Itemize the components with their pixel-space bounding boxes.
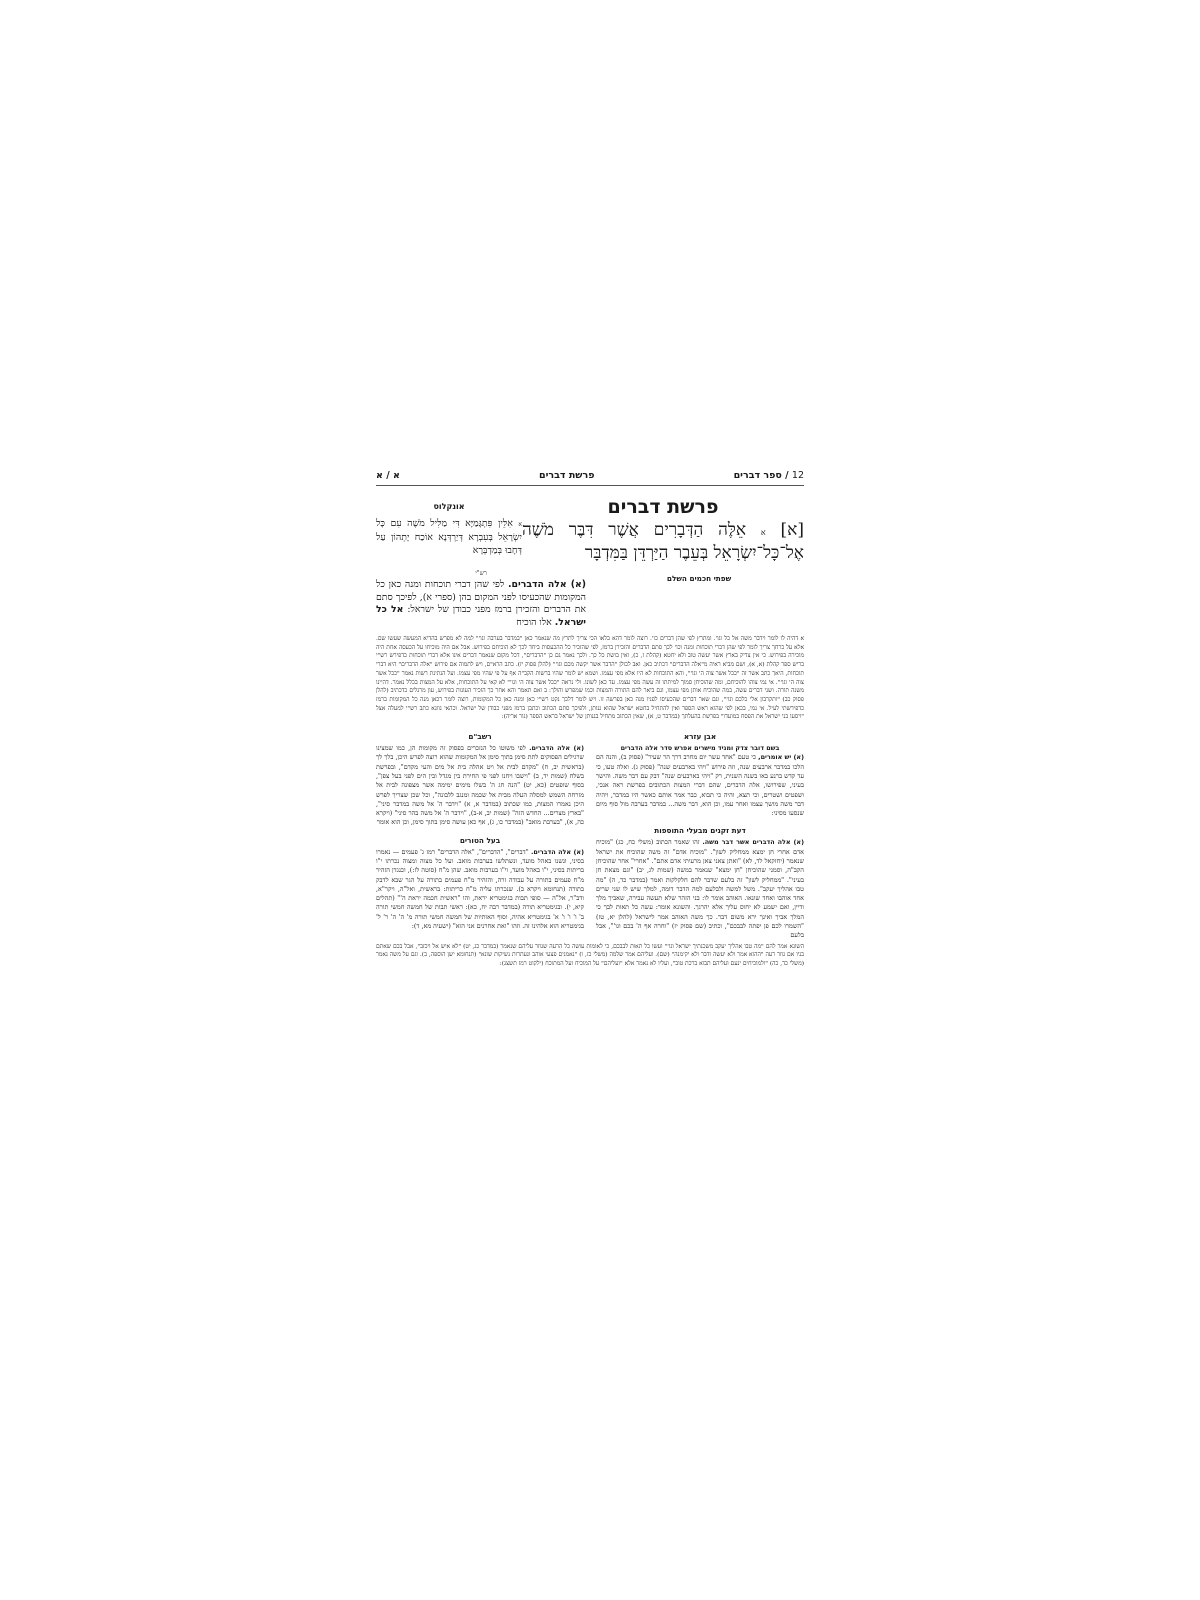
rashbam-body: לפי משוטו כל הנזכרים בפסוק זה מקומות הן,… [376, 744, 584, 826]
rashbam-text: (א) אלה הדברים. לפי משוטו כל הנזכרים בפס… [376, 744, 584, 828]
daat-zekenim-title: דעת זקנים מבעלי התוספות [596, 826, 804, 835]
torah-text-block: פרשת דברים [א] א אֵלֶּה הַדְּבָרִים אֲשֶ… [522, 496, 804, 564]
right-commentary-column: אבן עזרא בשם דובר צדק ומגיד מישרים אפרש … [596, 728, 804, 941]
ibn-ezra-title: אבן עזרא [596, 732, 804, 741]
shifsei-chachamim-column: שפתי חכמים השלם [594, 570, 804, 629]
ibn-ezra-intro: בשם דובר צדק ומגיד מישרים אפרש סדר אלה ה… [621, 744, 780, 752]
onkelos-body: אִלֵּין פִּתְגָּמַיָּא דִּי מַלִּיל מֹשֶ… [376, 518, 522, 556]
rashi-column: רש"י (א) אלה הדברים. לפי שהן דברי תוכחות… [376, 570, 586, 629]
top-section: פרשת דברים [א] א אֵלֶּה הַדְּבָרִים אֲשֶ… [376, 496, 804, 564]
page-number: 12 [792, 470, 804, 481]
ibn-ezra-text: בשם דובר צדק ומגיד מישרים אפרש סדר אלה ה… [596, 744, 804, 818]
book-name: ספר דברים [734, 470, 782, 481]
verse-number: א [761, 528, 766, 537]
shifsei-chachamim-body: א דהיה לו לומר וידבר משה אל כל וגו'. ומת… [376, 636, 804, 720]
shifsei-chachamim-title: שפתי חכמים השלם [594, 574, 804, 583]
commentary-lower-row: אבן עזרא בשם דובר צדק ומגיד מישרים אפרש … [376, 728, 804, 941]
running-head: 12 / ספר דברים פרשת דברים א / א [376, 470, 804, 486]
rashbam-title: רשב"ם [376, 732, 584, 741]
daat-zekenim-lemma: (א) אלה הדברים אשר דבר משה. [702, 838, 804, 846]
commentary-top-row: שפתי חכמים השלם רש"י (א) אלה הדברים. לפי… [376, 570, 804, 629]
verse-marker: [א] [781, 520, 804, 540]
onkelos-verse-number: א [518, 521, 522, 528]
running-head-right: 12 / ספר דברים [734, 470, 804, 481]
baal-haturim-title: בעל הטורים [376, 836, 584, 845]
book-page: 12 / ספר דברים פרשת דברים א / א פרשת דבר… [376, 470, 804, 969]
daat-zekenim-text: (א) אלה הדברים אשר דבר משה. זהו שאמר הכת… [596, 838, 804, 940]
running-head-parsha: פרשת דברים [539, 470, 594, 481]
parsha-title: פרשת דברים [522, 496, 804, 518]
baal-haturim-body: "דברים", "הדברים", "אלה הדברים" רמז ג' פ… [376, 848, 584, 930]
onkelos-text: א אִלֵּין פִּתְגָּמַיָּא דִּי מַלִּיל מֹ… [376, 517, 522, 557]
rashi-title: רש"י [376, 570, 586, 577]
ibn-ezra-body: כי טעם "אחד עשר יום מחרב דרך הר שעיר" (פ… [596, 753, 804, 817]
rashi-body-2: אלו הוכיח [516, 617, 551, 628]
daat-zekenim-continuation: השונא אמר להם "מה טבו אהליך יעקב משכנתיך… [376, 943, 804, 969]
baal-haturim-text: (א) אלה הדברים. "דברים", "הדברים", "אלה … [376, 848, 584, 932]
verse-text: [א] א אֵלֶּה הַדְּבָרִים אֲשֶׁר דִּבֶּר … [522, 520, 804, 564]
rashi-lemma: (א) אלה הדברים. [508, 579, 586, 590]
rashbam-lemma: (א) אלה הדברים. [529, 744, 584, 752]
ibn-ezra-lemma: (א) יש אומרים, [758, 753, 804, 761]
daat-zekenim-body: זהו שאמר הכתוב (משלי כח, כג) "מוכיח אדם … [596, 838, 804, 939]
onkelos-block: אונקלוס א אִלֵּין פִּתְגָּמַיָּא דִּי מַ… [376, 496, 522, 564]
chapter-verse: א / א [376, 470, 400, 481]
shifsei-chachamim-text: א דהיה לו לומר וידבר משה אל כל וגו'. ומת… [376, 635, 804, 722]
rashi-text: (א) אלה הדברים. לפי שהן דברי תוכחות ומנה… [376, 579, 586, 629]
onkelos-title: אונקלוס [376, 502, 522, 511]
baal-haturim-lemma: (א) אלה הדברים. [531, 848, 584, 856]
verse-body: אֵלֶּה הַדְּבָרִים אֲשֶׁר דִּבֶּר מֹשֶׁה… [522, 520, 804, 563]
left-commentary-column: רשב"ם (א) אלה הדברים. לפי משוטו כל הנזכר… [376, 728, 584, 941]
